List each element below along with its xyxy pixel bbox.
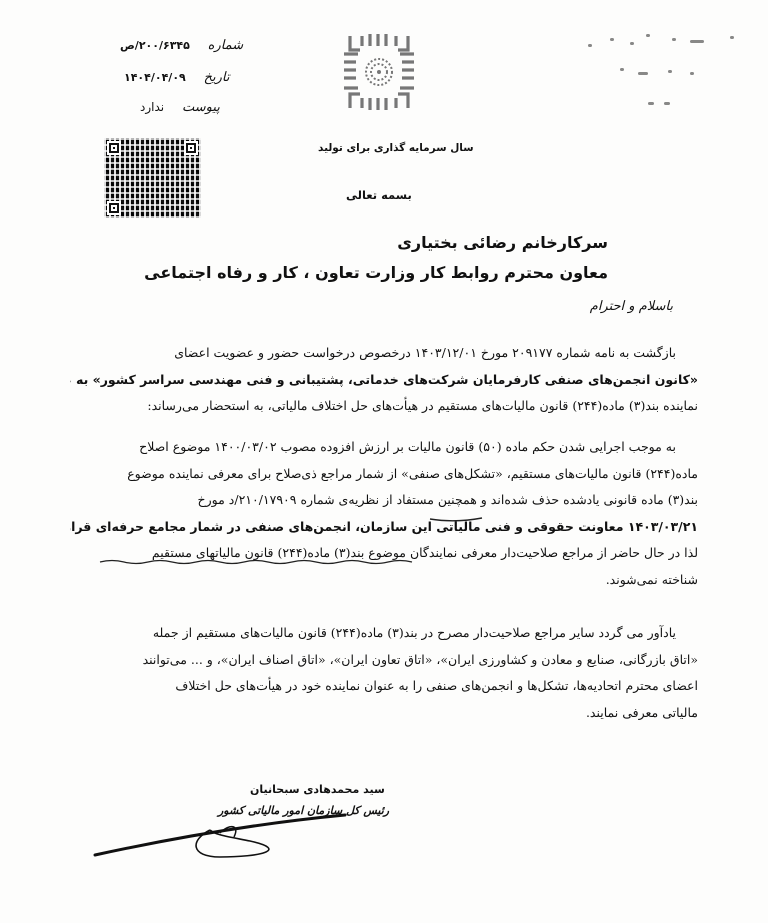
paragraph-3-line-1: یادآور می گردد سایر مراجع صلاحیت‌دار مصر… (70, 620, 698, 647)
paragraph-3-line-2: «اتاق بازرگانی، صنایع و معادن و کشاورزی … (70, 647, 698, 674)
handwritten-signature-icon (90, 795, 350, 865)
paragraph-3-line-3: اعضای محترم اتحادیه‌ها، تشکل‌ها و انجمن‌… (70, 673, 698, 700)
paragraph-3: یادآور می گردد سایر مراجع صلاحیت‌دار مصر… (70, 620, 698, 726)
paragraph-3-line-4: مالیاتی معرفی نمایند. (70, 700, 698, 727)
